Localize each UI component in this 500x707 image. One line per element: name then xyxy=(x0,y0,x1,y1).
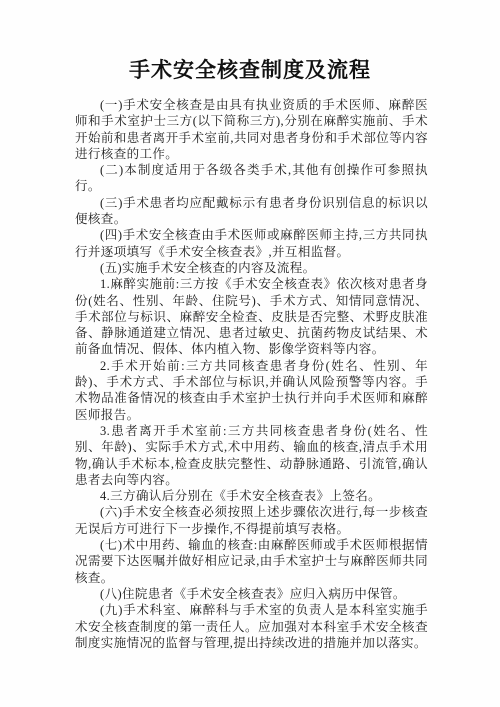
paragraph-5: (五)实施手术安全核查的内容及流程。 xyxy=(75,260,428,276)
paragraph-10: (六)手术安全核查必须按照上述步骤依次进行,每一步核查无误后方可进行下一步操作,… xyxy=(75,504,428,537)
paragraph-9: 4.三方确认后分别在《手术安全核查表》上签名。 xyxy=(75,488,428,504)
paragraph-4: (四)手术安全核查由手术医师或麻醉医师主持,三方共同执行并逐项填写《手术安全核查… xyxy=(75,227,428,260)
paragraph-7: 2.手术开始前:三方共同核查患者身份(姓名、性别、年龄)、手术方式、手术部位与标… xyxy=(75,358,428,423)
document-body: (一)手术安全核查是由具有执业资质的手术医师、麻醉医师和手术室护士三方(以下简称… xyxy=(75,97,428,651)
paragraph-3: (三)手术患者均应配戴标示有患者身份识别信息的标识以便核查。 xyxy=(75,195,428,228)
paragraph-12: (八)住院患者《手术安全核查表》应归入病历中保管。 xyxy=(75,586,428,602)
paragraph-8: 3.患者离开手术室前:三方共同核查患者身份(姓名、性别、年龄)、实际手术方式,术… xyxy=(75,423,428,488)
paragraph-6: 1.麻醉实施前:三方按《手术安全核查表》依次核对患者身份(姓名、性别、年龄、住院… xyxy=(75,276,428,357)
paragraph-1: (一)手术安全核查是由具有执业资质的手术医师、麻醉医师和手术室护士三方(以下简称… xyxy=(75,97,428,162)
paragraph-13: (九)手术科室、麻醉科与手术室的负责人是本科室实施手术安全核查制度的第一责任人。… xyxy=(75,602,428,651)
paragraph-2: (二)本制度适用于各级各类手术,其他有创操作可参照执行。 xyxy=(75,162,428,195)
document-title: 手术安全核查制度及流程 xyxy=(0,0,500,84)
document-page: 手术安全核查制度及流程 (一)手术安全核查是由具有执业资质的手术医师、麻醉医师和… xyxy=(0,0,500,707)
paragraph-11: (七)术中用药、输血的核查:由麻醉医师或手术医师根据情况需要下达医嘱并做好相应记… xyxy=(75,537,428,586)
